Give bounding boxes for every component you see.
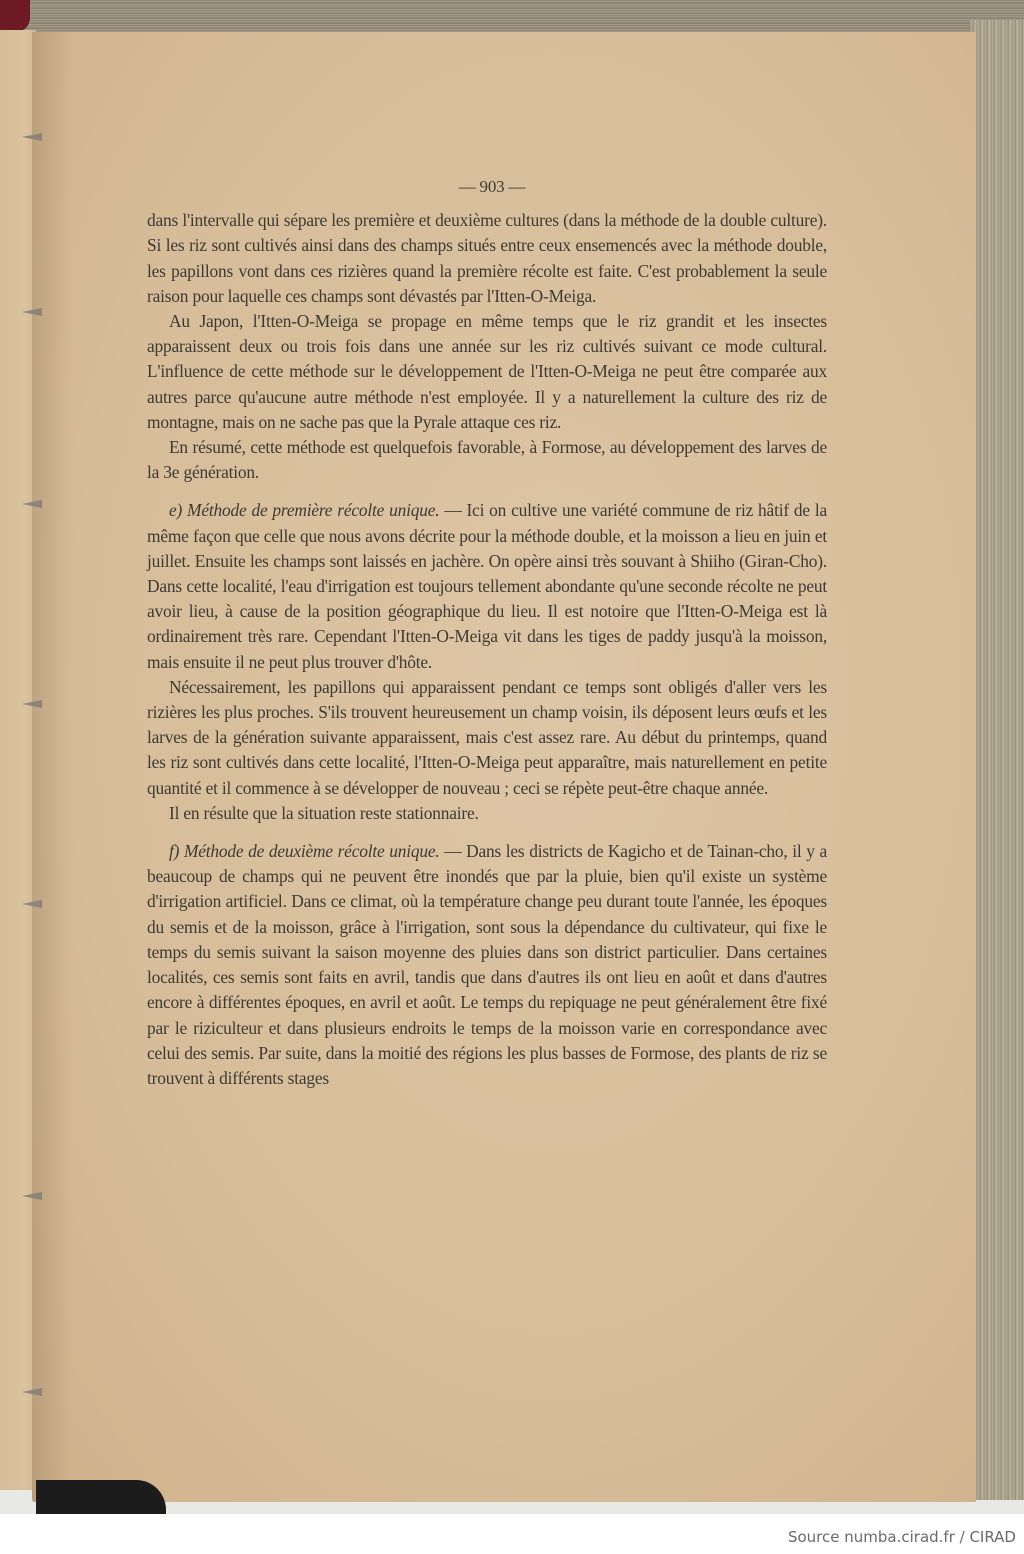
- paragraph-text: En résumé, cette méthode est quelquefois…: [147, 437, 827, 482]
- paragraph: Au Japon, l'Itten-O-Meiga se propage en …: [147, 309, 827, 435]
- ribbon-bookmark: [0, 0, 30, 32]
- source-credit: Source numba.cirad.fr / CIRAD: [788, 1528, 1016, 1546]
- paragraph-text: Au Japon, l'Itten-O-Meiga se propage en …: [147, 311, 827, 432]
- paragraph-text: — Ici on cultive une variété commune de …: [147, 500, 827, 671]
- left-page-edge: [0, 30, 36, 1490]
- paragraph-text: Il en résulte que la situation reste sta…: [169, 803, 479, 823]
- paragraph-text: Nécessairement, les papillons qui appara…: [147, 677, 827, 798]
- paragraph: Nécessairement, les papillons qui appara…: [147, 675, 827, 801]
- section-paragraph-f: f) Méthode de deuxième récolte unique. —…: [147, 839, 827, 1091]
- page-number: — 903 —: [157, 174, 827, 199]
- section-paragraph-e: e) Méthode de première récolte unique. —…: [147, 498, 827, 674]
- section-heading: e) Méthode de première récolte unique.: [169, 500, 439, 520]
- binding-cloth: [36, 1480, 166, 1514]
- paragraph: En résumé, cette méthode est quelquefois…: [147, 435, 827, 485]
- page-stack-top: [20, 0, 1024, 34]
- paragraph-text: — Dans les districts de Kagicho et de Ta…: [147, 841, 827, 1088]
- book-scan: — 903 — dans l'intervalle qui sépare les…: [0, 0, 1024, 1514]
- paragraph: Il en résulte que la situation reste sta…: [147, 801, 827, 826]
- paragraph-text: dans l'intervalle qui sépare les premièr…: [147, 210, 827, 306]
- page-stack-right: [970, 20, 1024, 1500]
- page-text: — 903 — dans l'intervalle qui sépare les…: [147, 174, 827, 1091]
- paragraph: dans l'intervalle qui sépare les premièr…: [147, 208, 827, 309]
- gutter-shadow: [32, 32, 72, 1502]
- section-heading: f) Méthode de deuxième récolte unique.: [169, 841, 440, 861]
